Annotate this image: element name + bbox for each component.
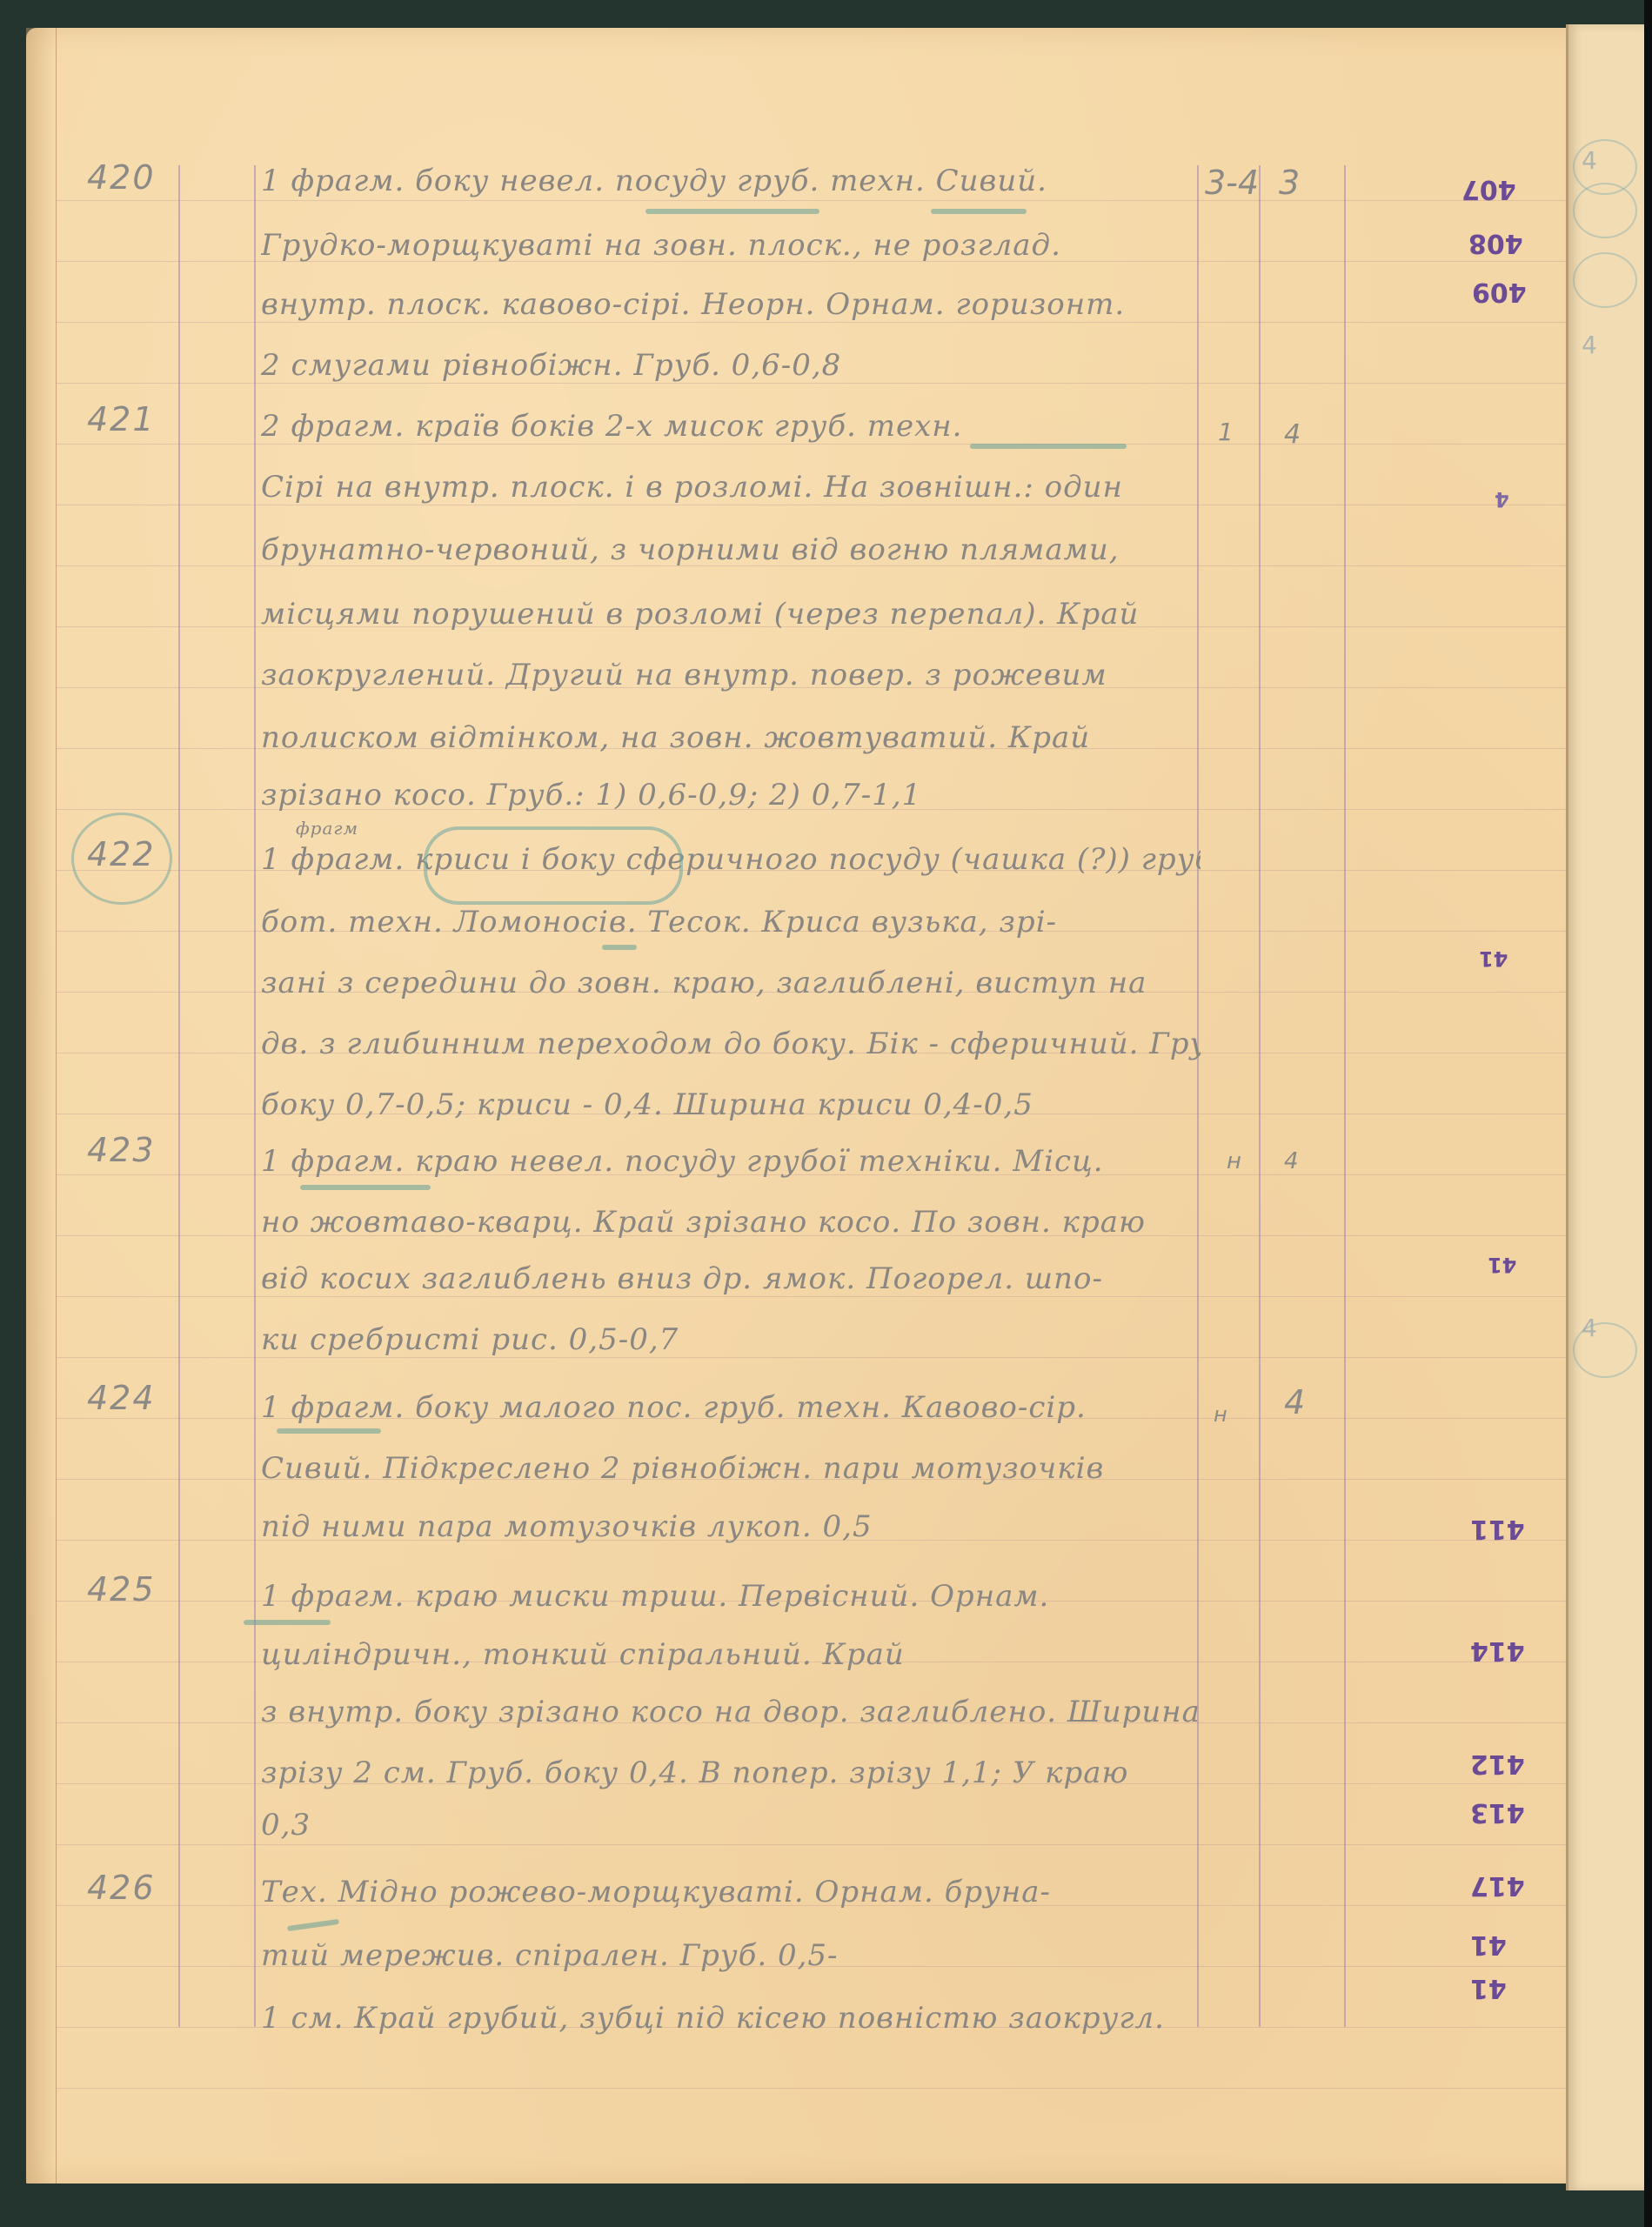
ruled-line: [56, 505, 1566, 505]
entry-line: ки сребристі рис. 0,5-0,7: [261, 1322, 1201, 1357]
ruled-line: [56, 200, 1566, 201]
entry-line: 1 фрагм. краю невел. посуду грубої техні…: [261, 1144, 1201, 1179]
margin-mark: 41: [1479, 946, 1508, 971]
entry-line: 1 фрагм. боку невел. посуду груб. техн. …: [261, 164, 1201, 198]
margin-mark: 41: [1470, 1973, 1507, 2003]
entry-line: Сивий. Підкреслено 2 рівнобіжн. пари мот…: [261, 1451, 1201, 1486]
entry-line: під ними пара мотузочків лукоп. 0,5: [261, 1509, 1201, 1544]
entry-line: Тех. Мідно рожево-морщкуваті. Орнам. бру…: [261, 1875, 1201, 1909]
entry-line: Сірі на внутр. плоск. і в розломі. На зо…: [261, 470, 1201, 505]
entry-number: 421: [87, 400, 183, 438]
blue-underline: [602, 945, 637, 950]
ruled-line: [56, 2088, 1566, 2089]
entry-line: з внутр. боку зрізано косо на двор. загл…: [261, 1695, 1201, 1729]
ruled-line: [56, 1844, 1566, 1845]
entry-line: Грудко-морщкуваті на зовн. плоск., не ро…: [261, 228, 1201, 263]
entry-line: 1 фрагм. криси і боку сферичного посуду …: [261, 842, 1201, 877]
entry-line: полиском відтінком, на зовн. жовтуватий.…: [261, 720, 1201, 755]
blue-underline: [931, 209, 1027, 214]
entry-number: 425: [87, 1570, 183, 1608]
entry-line: заокруглений. Другий на внутр. повер. з …: [261, 658, 1201, 692]
entry-line: 2 смугами рівнобіжн. Груб. 0,6-0,8: [261, 348, 1201, 383]
margin-mark: 412: [1470, 1749, 1525, 1779]
margin-mark: 41: [1488, 1253, 1516, 1277]
margin-mark: 409: [1472, 277, 1527, 307]
margin-mark: 417: [1470, 1870, 1525, 1901]
entry-line: брунатно-червоний, з чорними від вогню п…: [261, 532, 1201, 567]
ruled-line: [56, 1357, 1566, 1358]
margin-mark: 408: [1468, 228, 1523, 258]
next-page-mark: 4: [1582, 331, 1597, 359]
entry-line: 1 см. Край грубий, зубці під кісею повні…: [261, 2001, 1201, 2036]
col2-value: 4: [1284, 419, 1301, 450]
next-page-strip: [1566, 24, 1647, 2190]
entry-line: тий мережив. спірален. Груб. 0,5-: [261, 1938, 1201, 1973]
col1-value: н: [1214, 1402, 1227, 1427]
margin-mark: 414: [1470, 1635, 1525, 1666]
next-page-circle: [1573, 183, 1637, 238]
margin-mark: 413: [1470, 1797, 1525, 1828]
next-page-mark: 4: [1582, 146, 1597, 175]
next-page-circle: [1573, 252, 1637, 308]
col2-rule: [1259, 165, 1261, 2027]
entry-line: 1 фрагм. боку малого пос. груб. техн. Ка…: [261, 1390, 1201, 1425]
entry-number: 426: [87, 1869, 183, 1907]
entry-number: 424: [87, 1379, 183, 1417]
ruled-line: [56, 444, 1566, 445]
next-page-circle: [1573, 1322, 1637, 1378]
entry-line: 1 фрагм. краю миски триш. Первісний. Орн…: [261, 1579, 1201, 1614]
entry-line: циліндричн., тонкий спіральний. Край: [261, 1637, 1201, 1672]
entry-line: 0,3: [261, 1808, 1201, 1842]
text-column-rule: [254, 165, 256, 2027]
entry-line: зрізу 2 см. Груб. боку 0,4. В попер. зрі…: [261, 1756, 1201, 1790]
margin-mark: 407: [1461, 174, 1516, 204]
ruled-line: [56, 1296, 1566, 1297]
blue-underline: [970, 444, 1127, 449]
entry-line: но жовтаво-кварц. Край зрізано косо. По …: [261, 1205, 1201, 1240]
col2-value: 3: [1279, 164, 1300, 202]
entry-line: місцями порушений в розломі (через переп…: [261, 597, 1201, 632]
page-left-edge: [26, 28, 57, 2184]
ruled-line: [56, 322, 1566, 323]
margin-mark: 411: [1470, 1514, 1525, 1544]
blue-underline: [244, 1620, 331, 1625]
col2-value: 4: [1284, 1148, 1299, 1174]
entry-line: боку 0,7-0,5; криси - 0,4. Ширина криси …: [261, 1087, 1201, 1122]
col2-value: 4: [1284, 1383, 1305, 1421]
entry-line: від косих заглиблень вниз др. ямок. Пого…: [261, 1261, 1201, 1296]
col3-rule: [1344, 165, 1346, 2027]
margin-mark: 41: [1470, 1929, 1507, 1960]
col1-value: н: [1227, 1148, 1241, 1174]
col1-value: 1: [1218, 418, 1234, 446]
entry-line: зані з середини до зовн. краю, заглиблен…: [261, 966, 1201, 1000]
entry-line: зрізано косо. Груб.: 1) 0,6-0,9; 2) 0,7-…: [261, 778, 1201, 813]
ruled-line: [56, 383, 1566, 384]
entry-number: 422: [87, 835, 183, 873]
blue-underline: [277, 1428, 381, 1434]
number-column-rule: [178, 165, 180, 2027]
blue-underline: [300, 1185, 431, 1190]
entry-line: внутр. плоск. кавово-сірі. Неорн. Орнам.…: [261, 287, 1201, 322]
entry-line: бот. техн. Ломоносів. Тесок. Криса вузьк…: [261, 905, 1201, 940]
scan-border: [1644, 0, 1652, 2227]
blue-circle-highlight: [424, 826, 683, 905]
col1-value: 3-4: [1205, 164, 1259, 202]
blue-underline: [645, 209, 819, 214]
entry-line: 2 фрагм. країв боків 2-х мисок груб. тех…: [261, 409, 1201, 444]
entry-line: дв. з глибинним переходом до боку. Бік -…: [261, 1027, 1201, 1061]
margin-mark: 4: [1495, 487, 1509, 512]
entry-number: 420: [87, 158, 183, 197]
entry-number: 423: [87, 1131, 183, 1169]
